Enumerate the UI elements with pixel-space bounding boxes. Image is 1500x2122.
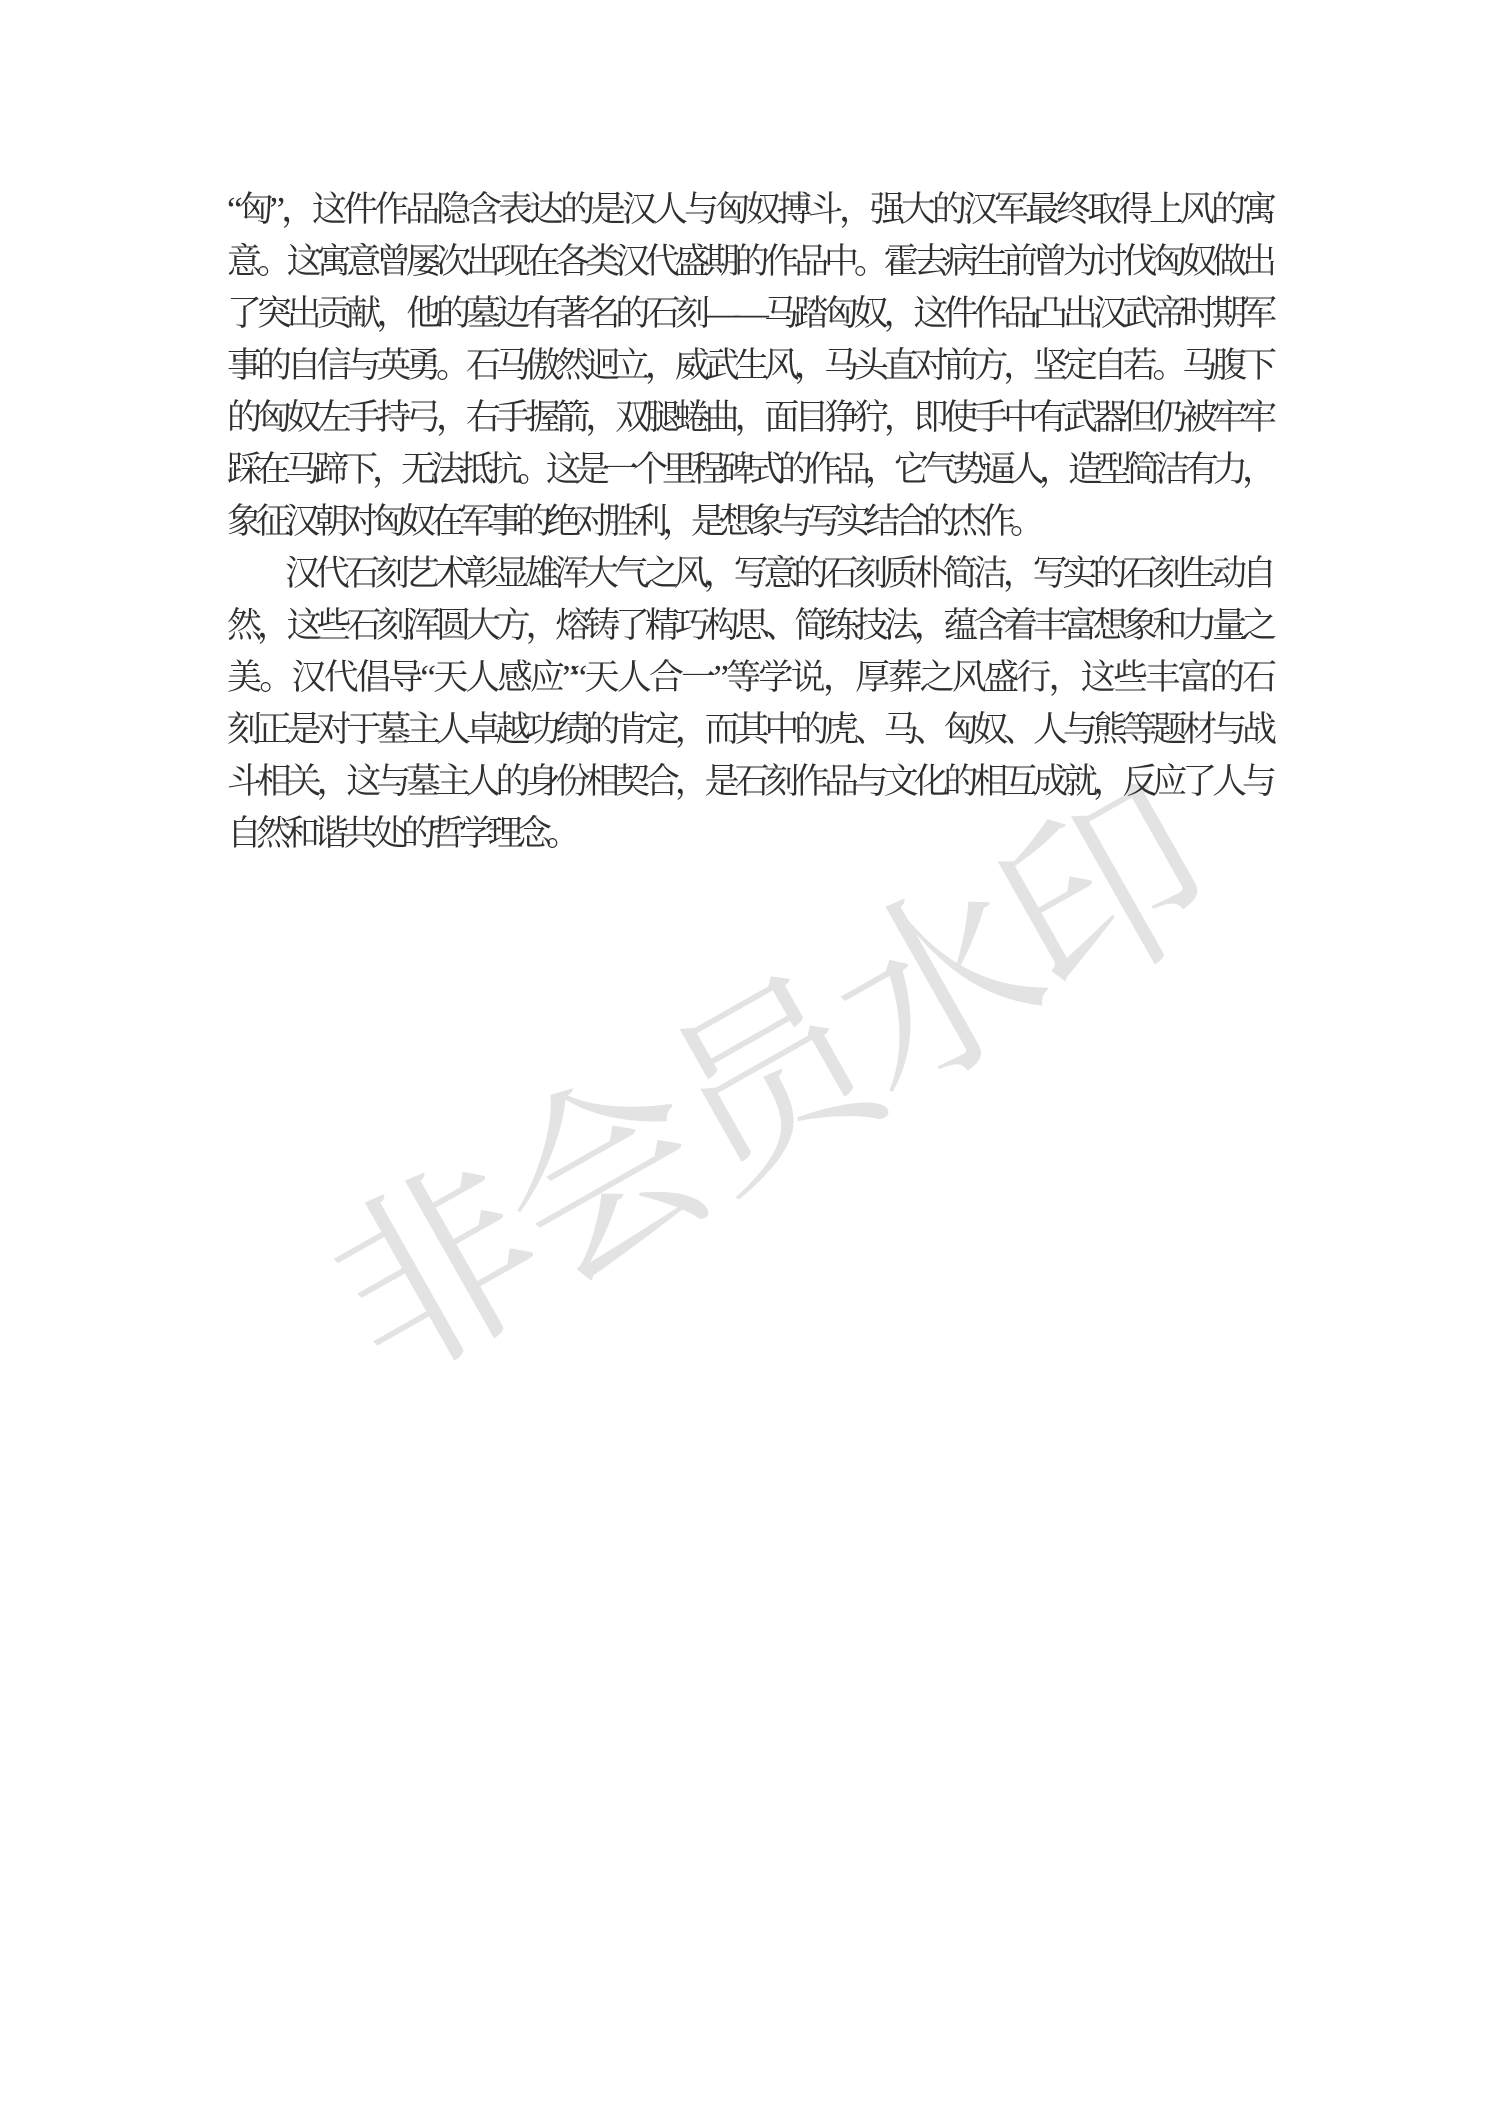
text-line: 踩在马蹄下，无法抵抗。这是一个里程碑式的作品，它气势逼人，造型简洁有力， [227,444,1271,496]
text-line: 汉代石刻艺术彰显雄浑大气之风，写意的石刻质朴简洁，写实的石刻生动自 [227,548,1271,600]
text-line: 的匈奴左手持弓，右手握箭，双腿蜷曲，面目狰狞，即使手中有武器但仍被牢牢 [227,392,1271,444]
text-line: 象征汉朝对匈奴在军事的绝对胜利，是想象与写实结合的杰作。 [227,496,1271,548]
document-body: “匈”，这件作品隐含表达的是汉人与匈奴搏斗，强大的汉军最终取得上风的寓 意。这寓… [227,184,1271,860]
document-page: 非会员水印 “匈”，这件作品隐含表达的是汉人与匈奴搏斗，强大的汉军最终取得上风的… [0,0,1500,2122]
text-line: 斗相关，这与墓主人的身份相契合，是石刻作品与文化的相互成就，反应了人与 [227,756,1271,808]
text-line: 自然和谐共处的哲学理念。 [227,808,1271,860]
text-line: “匈”，这件作品隐含表达的是汉人与匈奴搏斗，强大的汉军最终取得上风的寓 [227,184,1271,236]
text-line: 了突出贡献，他的墓边有著名的石刻——马踏匈奴，这件作品凸出汉武帝时期军 [227,288,1271,340]
text-line: 事的自信与英勇。石马傲然迥立，威武生风，马头直对前方，坚定自若。马腹下 [227,340,1271,392]
text-line: 美。汉代倡导“天人感应”“天人合一”等学说，厚葬之风盛行，这些丰富的石 [227,652,1271,704]
text-line: 然，这些石刻浑圆大方，熔铸了精巧构思、简练技法，蕴含着丰富想象和力量之 [227,600,1271,652]
text-line: 意。这寓意曾屡次出现在各类汉代盛期的作品中。霍去病生前曾为讨伐匈奴做出 [227,236,1271,288]
text-line: 刻正是对于墓主人卓越功绩的肯定，而其中的虎、马、匈奴、人与熊等题材与战 [227,704,1271,756]
